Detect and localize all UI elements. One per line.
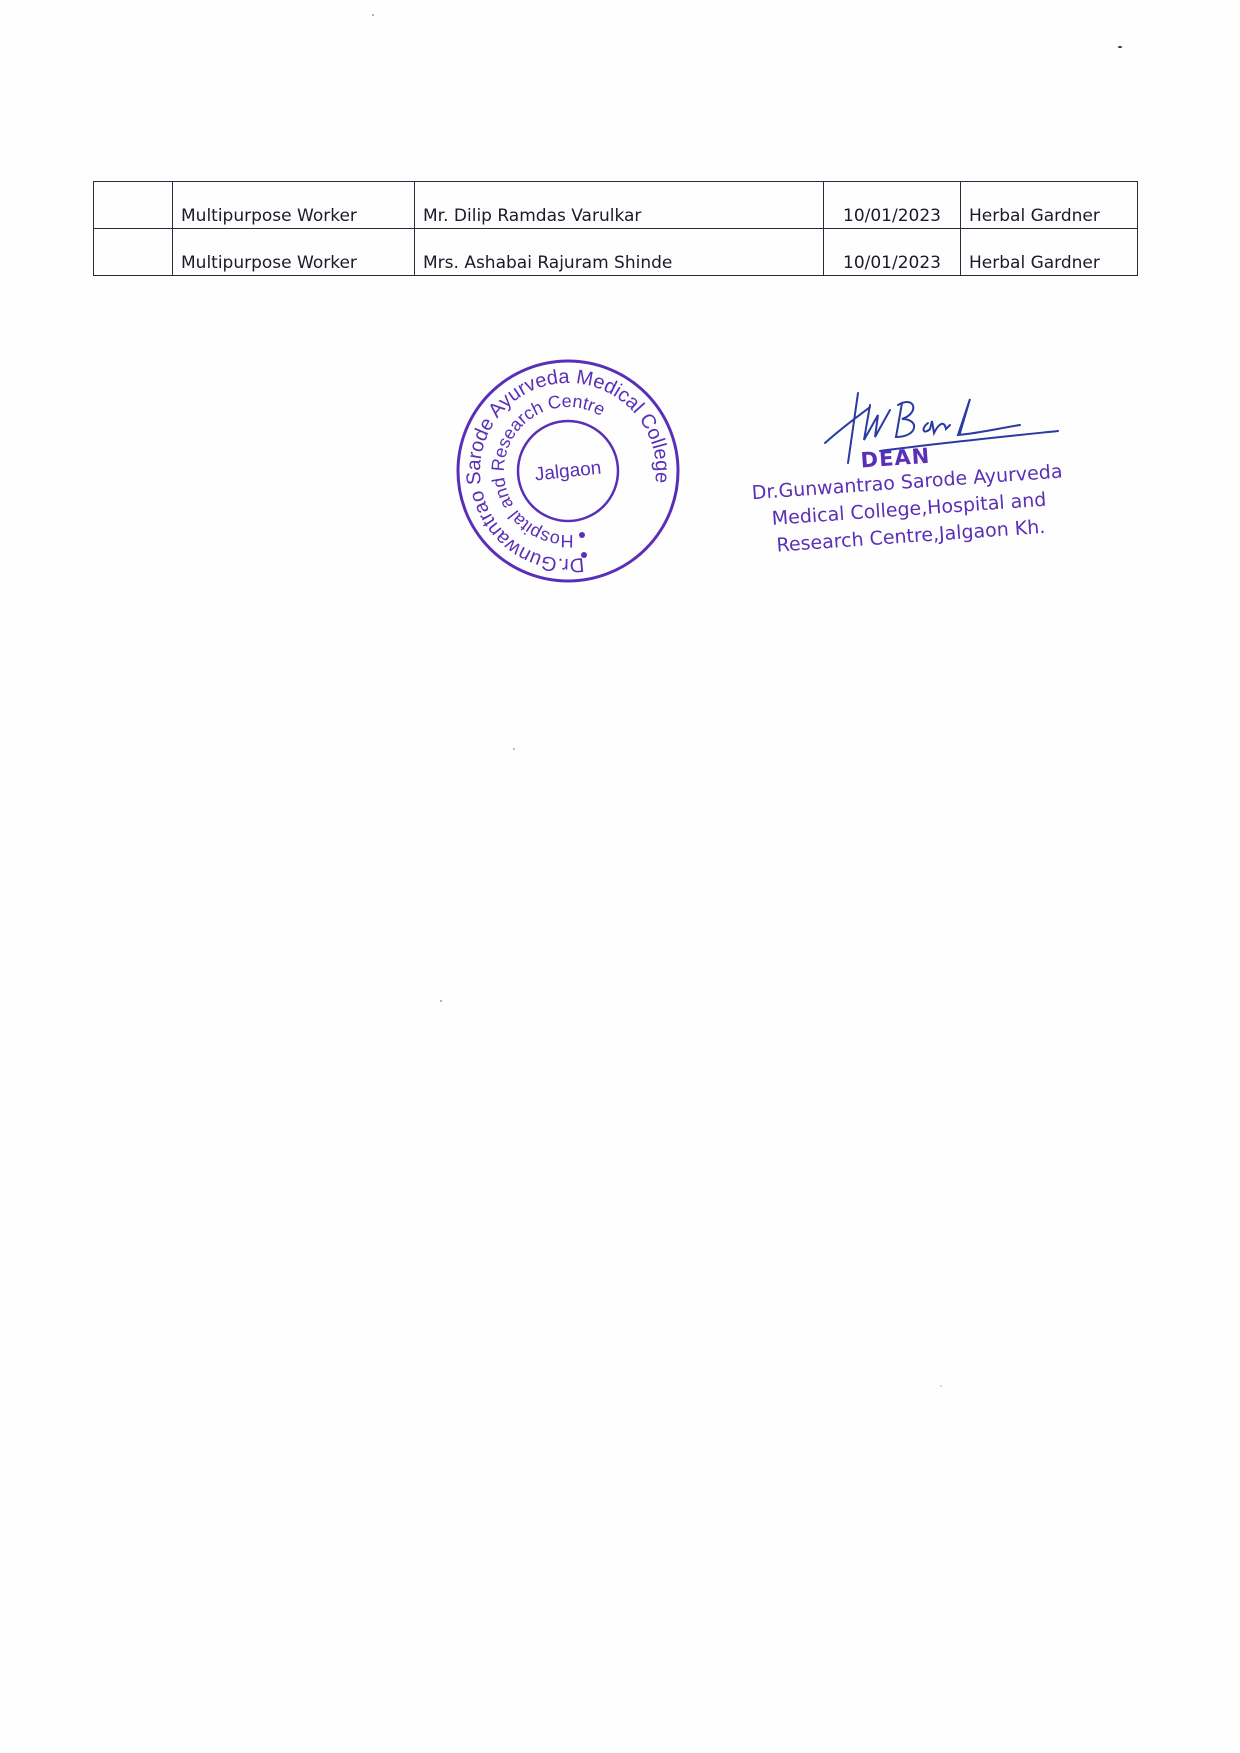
designation-cell: Multipurpose Worker — [173, 182, 415, 229]
remark-cell: Herbal Gardner — [961, 229, 1138, 276]
document-page: Multipurpose Worker Mr. Dilip Ramdas Var… — [0, 0, 1240, 1753]
staff-table: Multipurpose Worker Mr. Dilip Ramdas Var… — [93, 181, 1138, 276]
remark-cell: Herbal Gardner — [961, 182, 1138, 229]
scan-speck — [372, 14, 374, 16]
table-row: Multipurpose Worker Mr. Dilip Ramdas Var… — [94, 182, 1138, 229]
serial-cell — [94, 229, 173, 276]
name-cell: Mr. Dilip Ramdas Varulkar — [415, 182, 824, 229]
scan-speck — [1118, 46, 1122, 48]
scan-speck — [440, 1000, 442, 1002]
designation-cell: Multipurpose Worker — [173, 229, 415, 276]
date-cell: 10/01/2023 — [824, 229, 961, 276]
table-row: Multipurpose Worker Mrs. Ashabai Rajuram… — [94, 229, 1138, 276]
stamp-center-text: Jalgaon — [534, 458, 602, 486]
institution-stamp: Dr.Gunwantrao Sarode Ayurveda Medical Co… — [452, 355, 684, 587]
name-cell: Mrs. Ashabai Rajuram Shinde — [415, 229, 824, 276]
serial-cell — [94, 182, 173, 229]
signatory-block: DEAN Dr.Gunwantrao Sarode Ayurveda Medic… — [725, 433, 1091, 563]
scan-speck — [940, 1385, 942, 1387]
date-cell: 10/01/2023 — [824, 182, 961, 229]
scan-speck — [513, 748, 515, 750]
